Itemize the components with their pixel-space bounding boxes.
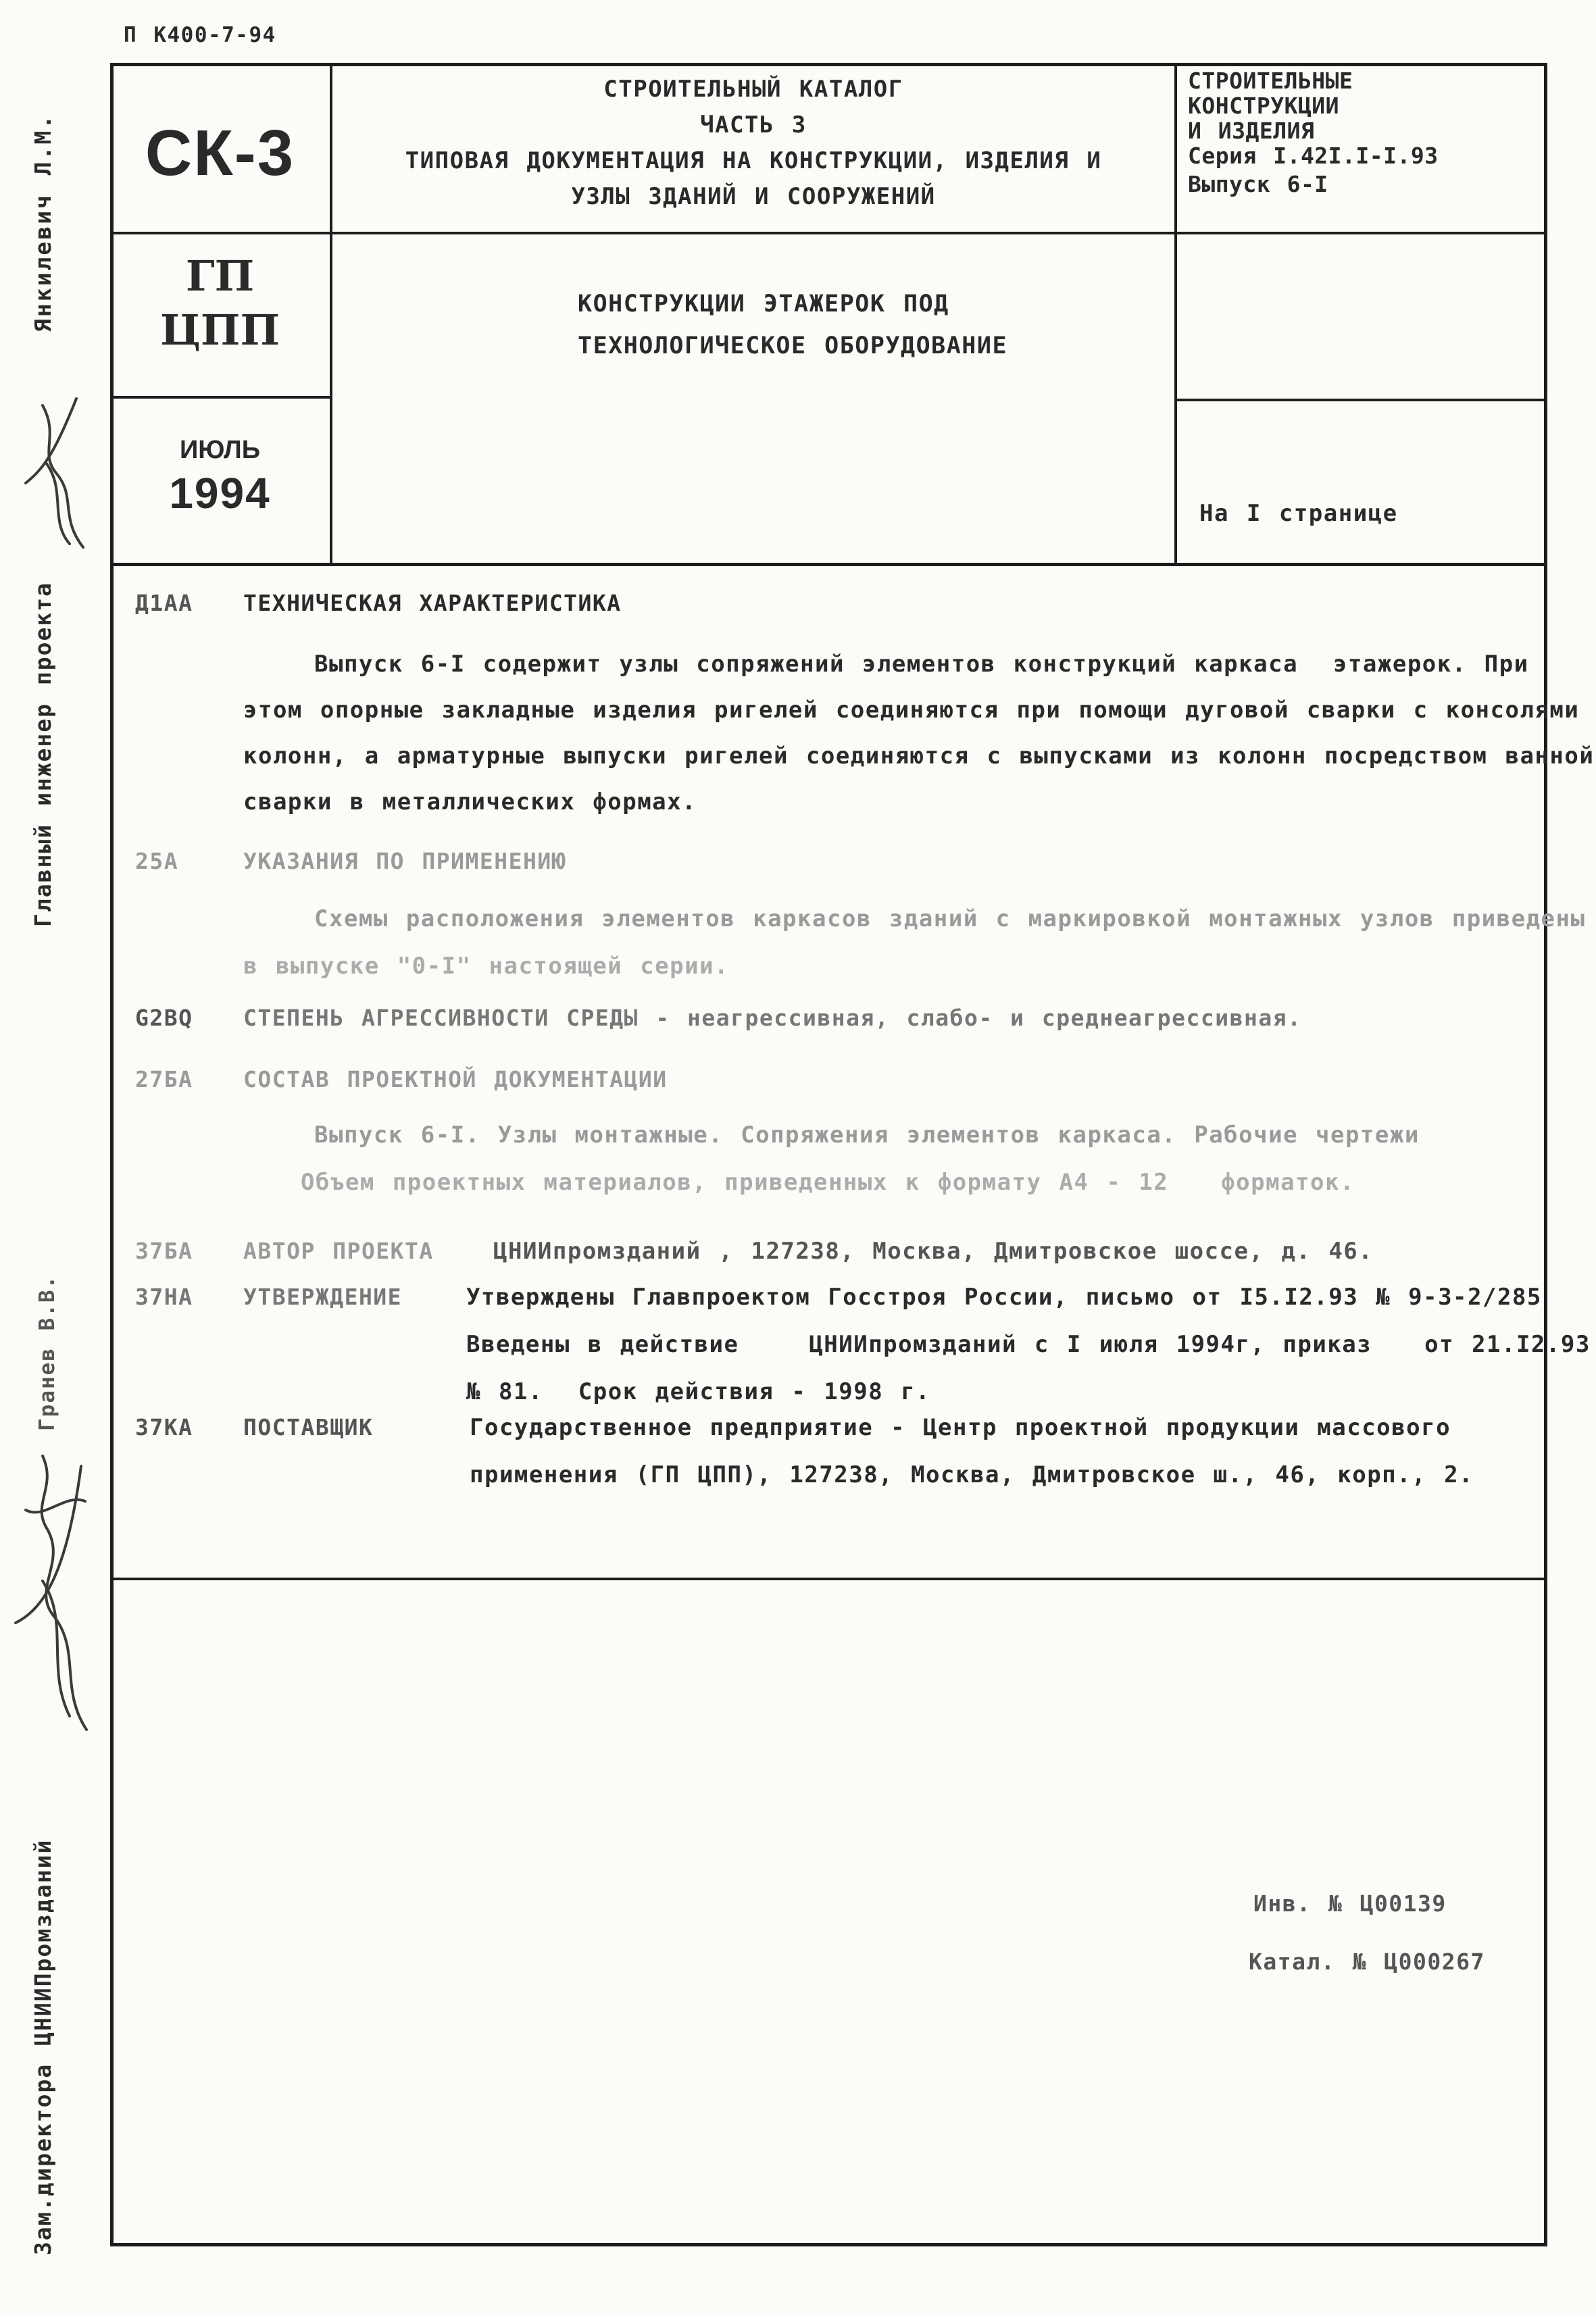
paragraph-line: в выпуске "0-I" настоящей серии. <box>243 953 1585 1000</box>
header-hline-row1 <box>110 232 1547 234</box>
subject-line: КОНСТРУКЦИИ ЭТАЖЕРОК ПОД <box>578 291 1007 332</box>
section-code: 25А <box>135 848 178 874</box>
org-line: ГП <box>110 251 330 305</box>
catalog-title-line: ТИПОВАЯ ДОКУМЕНТАЦИЯ НА КОНСТРУКЦИИ, ИЗД… <box>332 147 1174 183</box>
series-box-label: СК-3 <box>110 116 330 191</box>
designation-line: СТРОИТЕЛЬНЫЕ <box>1188 68 1439 93</box>
body-divider-line <box>110 1578 1547 1580</box>
section-title: СОСТАВ ПРОЕКТНОЙ ДОКУМЕНТАЦИИ <box>243 1066 668 1092</box>
section-title: УКАЗАНИЯ ПО ПРИМЕНЕНИЮ <box>243 848 566 874</box>
issue-number: Выпуск 6-I <box>1188 171 1439 199</box>
section-code: 27БА <box>135 1066 193 1092</box>
approval-line: Введены в действие ЦНИИпромзданий с I ию… <box>466 1331 1591 1378</box>
header-hline-bottom <box>110 563 1547 566</box>
section-code: 37НА <box>135 1284 193 1310</box>
issue-year: 1994 <box>110 468 330 518</box>
section-code: G2BQ <box>135 1005 193 1031</box>
section-title: УТВЕРЖДЕНИЕ <box>243 1284 402 1310</box>
issue-month: ИЮЛЬ <box>110 436 330 465</box>
designation-line: КОНСТРУКЦИИ <box>1188 93 1439 118</box>
section-title: СТЕПЕНЬ АГРЕССИВНОСТИ СРЕДЫ - неагрессив… <box>243 1005 1301 1031</box>
engineer-signature <box>12 382 93 551</box>
pages-note: На I странице <box>1199 500 1398 527</box>
director-name-vertical: Гранев В.В. <box>35 1275 59 1431</box>
paragraph-line: этом опорные закладные изделия ригелей с… <box>243 697 1594 743</box>
header-hline-leftcol <box>110 396 332 399</box>
approval-block: Утверждены Главпроектом Госстроя России,… <box>466 1284 1591 1426</box>
section-paragraph: Выпуск 6-I содержит узлы сопряжений элем… <box>243 651 1594 834</box>
catalog-number: Катал. № Ц000267 <box>1249 1948 1485 1975</box>
section-title: ПОСТАВЩИК <box>243 1414 373 1440</box>
paragraph-line: Схемы расположения элементов каркасов зд… <box>243 905 1585 953</box>
catalog-title-line: УЗЛЫ ЗДАНИЙ И СООРУЖЕНИЙ <box>332 183 1174 219</box>
header-vline-2 <box>1174 63 1177 564</box>
paragraph-line: Выпуск 6-I. Узлы монтажные. Сопряжения э… <box>243 1122 1420 1169</box>
org-line: ЦПП <box>110 305 330 359</box>
catalog-title-line: СТРОИТЕЛЬНЫЙ КАТАЛОГ <box>332 76 1174 111</box>
supplier-line: применения (ГП ЦПП), 127238, Москва, Дми… <box>470 1461 1474 1509</box>
series-number: Серия I.42I.I-I.93 <box>1188 143 1439 171</box>
document-code: П К400-7-94 <box>124 23 276 47</box>
section-code: 37КА <box>135 1414 193 1440</box>
section-paragraph: Схемы расположения элементов каркасов зд… <box>243 905 1585 1000</box>
engineer-name-vertical: Янкилевич Л.М. <box>30 114 56 332</box>
author-address: ЦНИИпромзданий , 127238, Москва, Дмитров… <box>493 1238 1373 1265</box>
supplier-block: Государственное предприятие - Центр прое… <box>470 1414 1474 1509</box>
engineer-role-vertical: Главный инженер проекта <box>30 582 56 927</box>
section-code: 37БА <box>135 1238 193 1264</box>
paragraph-line: сварки в металлических формах. <box>243 788 1594 834</box>
section-paragraph: Выпуск 6-I. Узлы монтажные. Сопряжения э… <box>243 1122 1420 1216</box>
director-signature <box>5 1446 100 1736</box>
designation-line: И ИЗДЕЛИЯ <box>1188 118 1439 143</box>
section-title: ТЕХНИЧЕСКАЯ ХАРАКТЕРИСТИКА <box>243 590 622 616</box>
paragraph-line: Выпуск 6-I содержит узлы сопряжений элем… <box>243 651 1594 697</box>
header-hline-rightcol <box>1174 399 1547 401</box>
supplier-line: Государственное предприятие - Центр прое… <box>470 1414 1474 1461</box>
director-role-vertical: Зам.директора ЦНИИПромзданий <box>30 1839 56 2255</box>
org-block: ГП ЦПП <box>110 251 330 359</box>
section-title: АВТОР ПРОЕКТА <box>243 1238 434 1264</box>
subject-line: ТЕХНОЛОГИЧЕСКОЕ ОБОРУДОВАНИЕ <box>578 332 1007 374</box>
approval-line: Утверждены Главпроектом Госстроя России,… <box>466 1284 1591 1331</box>
catalog-title-line: ЧАСТЬ 3 <box>332 111 1174 147</box>
subject-block: КОНСТРУКЦИИ ЭТАЖЕРОК ПОД ТЕХНОЛОГИЧЕСКОЕ… <box>578 291 1007 374</box>
series-designation-block: СТРОИТЕЛЬНЫЕ КОНСТРУКЦИИ И ИЗДЕЛИЯ Серия… <box>1188 68 1439 199</box>
inventory-number: Инв. № Ц00139 <box>1253 1890 1447 1917</box>
scanned-catalog-page: { "doc_code": "П К400-7-94", "header": {… <box>0 0 1596 2314</box>
paragraph-line: колонн, а арматурные выпуски ригелей сое… <box>243 743 1594 788</box>
catalog-title-block: СТРОИТЕЛЬНЫЙ КАТАЛОГ ЧАСТЬ 3 ТИПОВАЯ ДОК… <box>332 76 1174 219</box>
paragraph-line: Объем проектных материалов, приведенных … <box>243 1169 1420 1216</box>
section-code: Д1АА <box>135 590 193 616</box>
